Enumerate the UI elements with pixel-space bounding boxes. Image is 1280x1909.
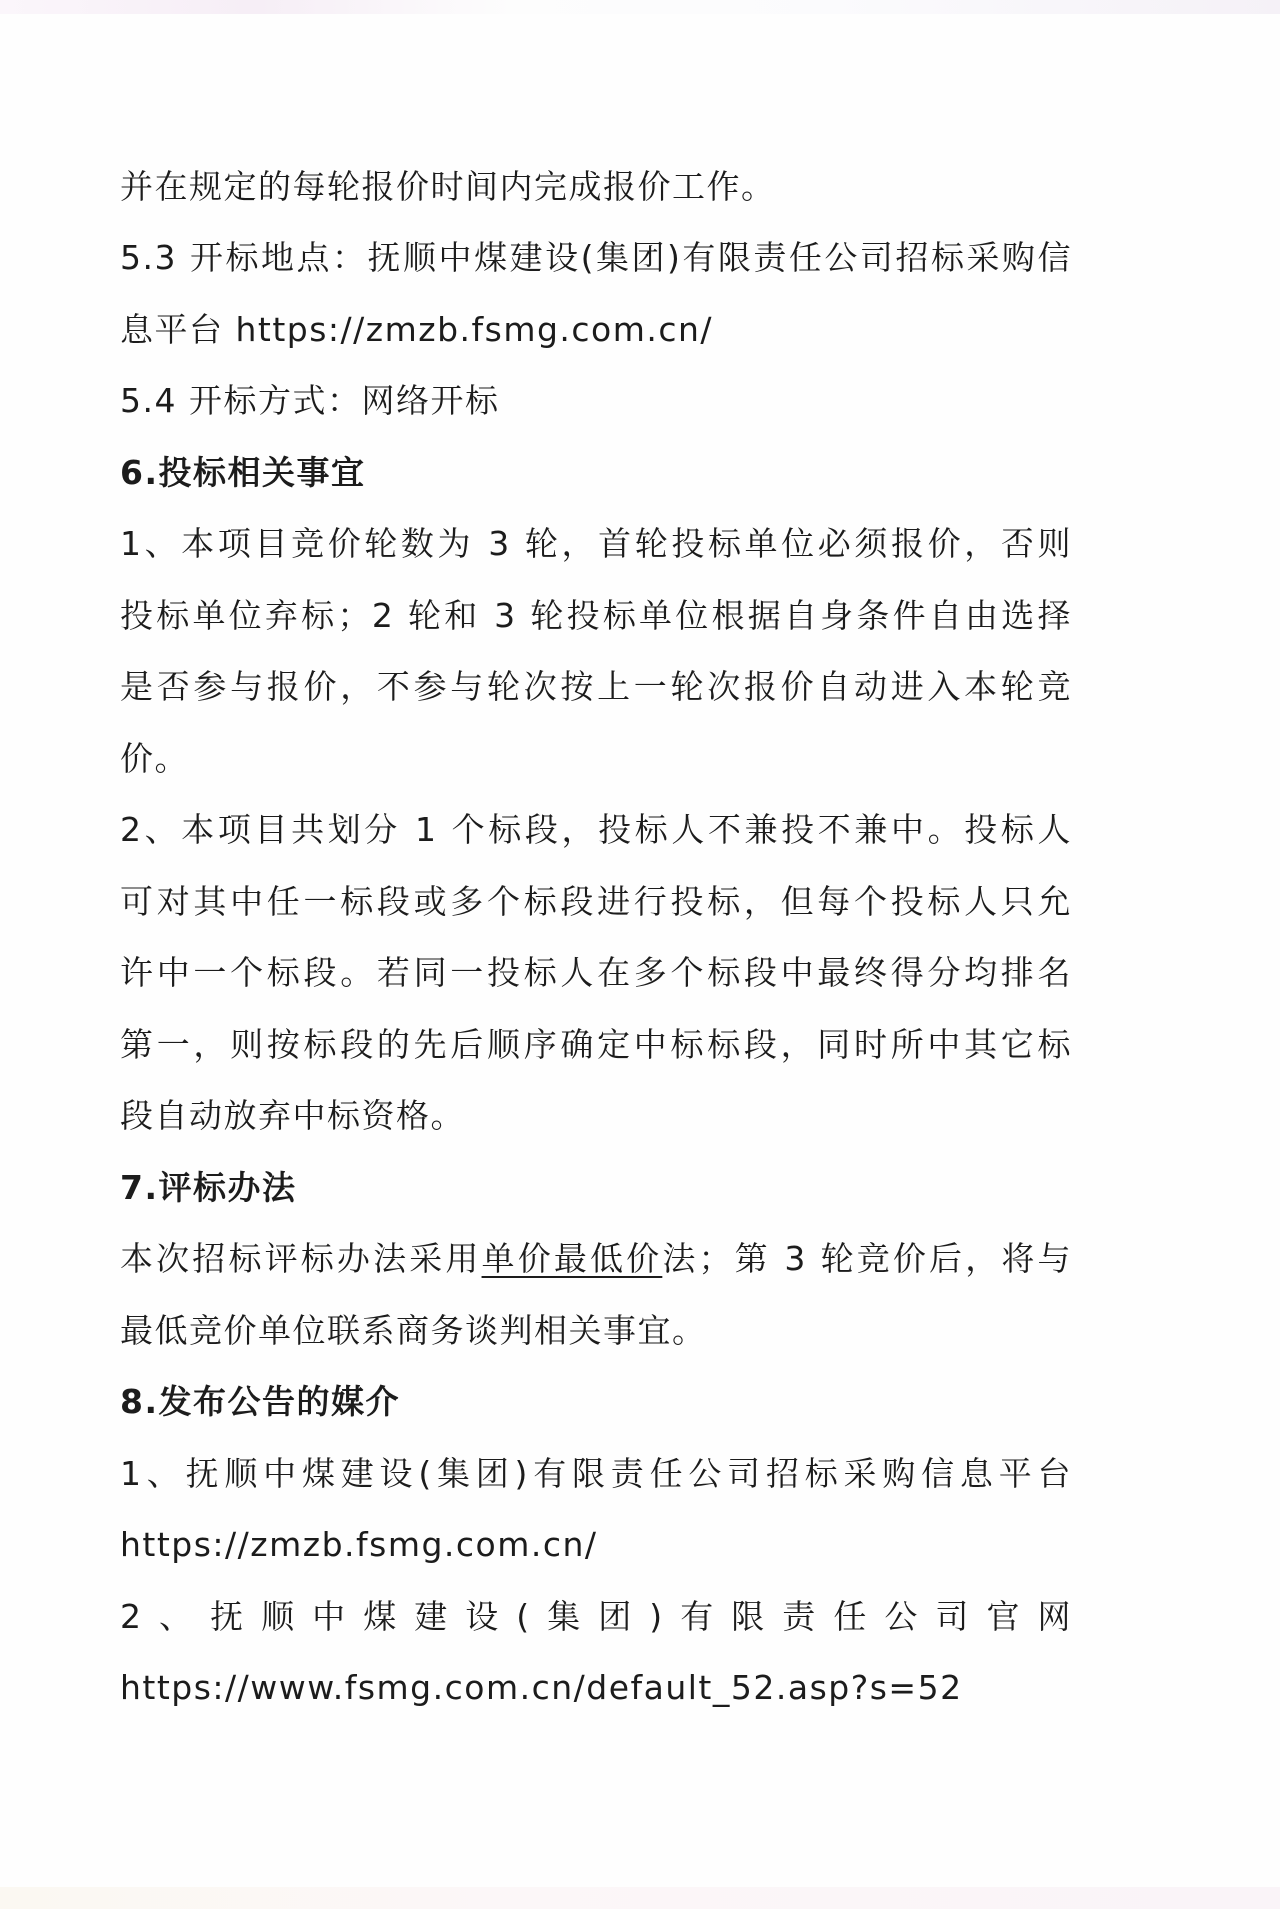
scan-edge-bottom — [0, 1887, 1280, 1909]
media-item-2: 2、抚顺中煤建设(集团)有限责任公司官网 — [120, 1597, 1072, 1637]
evaluation-text-prefix: 本次招标评标办法采用 — [120, 1239, 482, 1278]
evaluation-method-line: 本次招标评标办法采用单价最低价法；第 3 轮竞价后，将与 — [120, 1239, 1072, 1279]
paragraph-line: 价。 — [120, 739, 189, 779]
media-item-1-url: https://zmzb.fsmg.com.cn/ — [120, 1525, 598, 1565]
document-page: 并在规定的每轮报价时间内完成报价工作。 5.3 开标地点：抚顺中煤建设(集团)有… — [0, 0, 1280, 1909]
paragraph-line: 段自动放弃中标资格。 — [120, 1096, 465, 1136]
paragraph-line: 第一，则按标段的先后顺序确定中标标段，同时所中其它标 — [120, 1025, 1072, 1065]
evaluation-text-suffix: 法；第 3 轮竞价后，将与 — [662, 1239, 1072, 1278]
media-item-2-url: https://www.fsmg.com.cn/default_52.asp?s… — [120, 1668, 963, 1708]
section-5-3-url-line: 息平台 https://zmzb.fsmg.com.cn/ — [120, 310, 713, 350]
section-5-3-line: 5.3 开标地点：抚顺中煤建设(集团)有限责任公司招标采购信 — [120, 238, 1072, 278]
paragraph-line: 最低竞价单位联系商务谈判相关事宜。 — [120, 1311, 707, 1351]
paragraph-line: 1、本项目竞价轮数为 3 轮，首轮投标单位必须报价，否则 — [120, 524, 1072, 564]
media-item-1: 1、抚顺中煤建设(集团)有限责任公司招标采购信息平台 — [120, 1454, 1072, 1494]
paragraph-line: 是否参与报价，不参与轮次按上一轮次报价自动进入本轮竞 — [120, 667, 1072, 707]
heading-section-7: 7.评标办法 — [120, 1168, 297, 1208]
evaluation-method-underlined: 单价最低价 — [482, 1239, 663, 1278]
paragraph-line: 许中一个标段。若同一投标人在多个标段中最终得分均排名 — [120, 953, 1072, 993]
paragraph-line: 并在规定的每轮报价时间内完成报价工作。 — [120, 167, 776, 207]
heading-section-6: 6.投标相关事宜 — [120, 453, 366, 493]
scan-edge-top — [0, 0, 1280, 14]
section-5-4-line: 5.4 开标方式：网络开标 — [120, 381, 499, 421]
heading-section-8: 8.发布公告的媒介 — [120, 1382, 400, 1422]
paragraph-line: 可对其中任一标段或多个标段进行投标，但每个投标人只允 — [120, 882, 1072, 922]
paragraph-line: 2、本项目共划分 1 个标段，投标人不兼投不兼中。投标人 — [120, 810, 1072, 850]
paragraph-line: 投标单位弃标；2 轮和 3 轮投标单位根据自身条件自由选择 — [120, 596, 1072, 636]
